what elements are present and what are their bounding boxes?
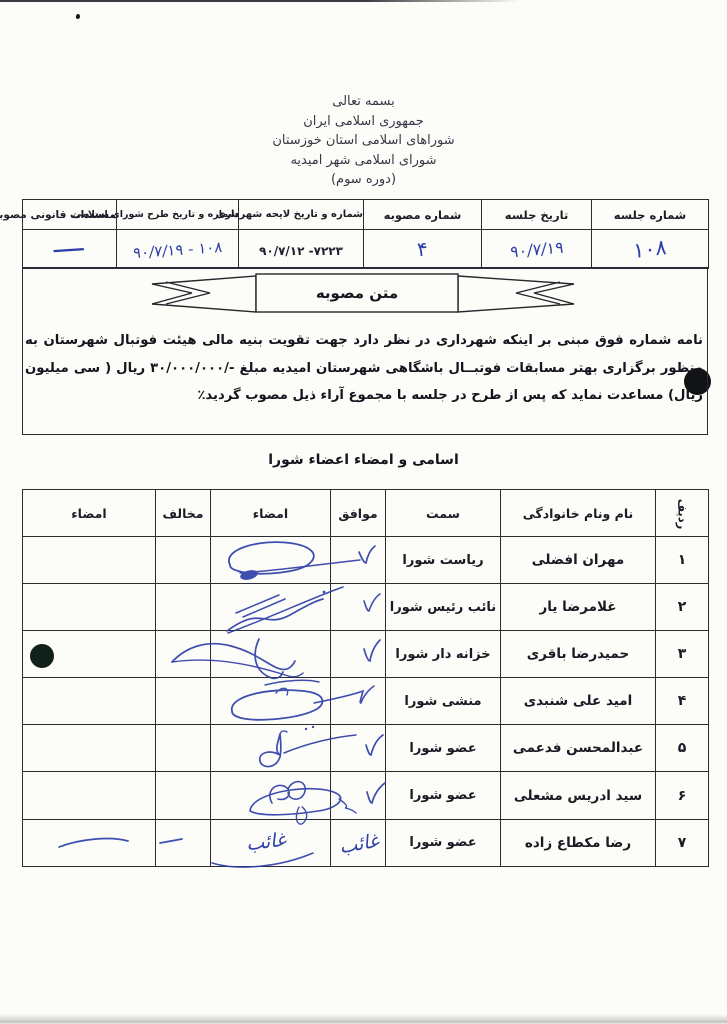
- meta-header-resolution-no: شماره مصوبه: [364, 200, 482, 230]
- members-header-signature: امضاء: [211, 490, 331, 537]
- member-row-3: ۳ حمیدرضا باقری خزانه دار شورا: [23, 631, 709, 678]
- member-name: غلامرضا یار: [501, 584, 656, 631]
- member-name: عبدالمحسن فدعمی: [501, 725, 656, 772]
- banner-title: متن مصوبه: [256, 276, 458, 310]
- signature2-cell: [23, 537, 156, 584]
- meta-value-session-date: ۹۰/۷/۱۹: [482, 230, 592, 269]
- signature-cell: [211, 631, 331, 678]
- row-no: ۴: [656, 678, 709, 725]
- meta-value-resolution-no: ۴: [364, 230, 482, 269]
- letterhead-province-councils: شوراهای اسلامی استان خوزستان: [0, 131, 727, 151]
- scanned-document-page: بسمه تعالی جمهوری اسلامی ایران شوراهای ا…: [0, 0, 727, 1024]
- member-position: منشی شورا: [386, 678, 501, 725]
- meta-header-council-plan-no-date: شماره و تاریخ طرح شورای اسلامی: [117, 200, 239, 230]
- meta-value-legal-refs: —: [23, 230, 117, 269]
- letterhead-city-council: شورای اسلامی شهر امیدیه: [0, 151, 727, 171]
- letterhead-term: (دوره سوم): [0, 170, 727, 190]
- members-header-signature-2: امضاء: [23, 490, 156, 537]
- signature-cell: [211, 584, 331, 631]
- signature2-cell: [23, 819, 156, 866]
- meta-header-legal-refs: مستندات قانونی مصوبه: [23, 200, 117, 230]
- members-header-row: ردیف نام ونام خانوادگی سمت موافق امضاء م…: [23, 490, 709, 537]
- member-row-6: ۶ سید ادریس مشعلی عضو شورا: [23, 772, 709, 819]
- meta-header-bill-no-date: شماره و تاریخ لایحه شهرداری: [239, 200, 364, 230]
- agree-cell: [331, 584, 386, 631]
- signature-cell: [211, 772, 331, 819]
- oppose-cell: [156, 725, 211, 772]
- members-section-title: اسامی و امضاء اعضاء شورا: [0, 452, 727, 468]
- signature2-cell: [23, 584, 156, 631]
- members-header-row-no: ردیف: [656, 490, 709, 537]
- signature2-cell: [23, 725, 156, 772]
- member-name: سید ادریس مشعلی: [501, 772, 656, 819]
- agree-cell: [331, 819, 386, 866]
- meta-value-bill-no-date: ۷۲۲۳- ۹۰/۷/۱۲: [239, 230, 364, 269]
- member-row-1: ۱ مهران افضلی ریاست شورا: [23, 537, 709, 584]
- signature-cell: [211, 725, 331, 772]
- oppose-cell: [156, 772, 211, 819]
- signature-cell: [211, 678, 331, 725]
- row-no: ۵: [656, 725, 709, 772]
- meta-header-session-date: تاریخ جلسه: [482, 200, 592, 230]
- resolution-meta-table: شماره جلسه تاریخ جلسه شماره مصوبه شماره …: [22, 199, 709, 269]
- agree-cell: [331, 725, 386, 772]
- signature2-cell: [23, 631, 156, 678]
- member-position: خزانه دار شورا: [386, 631, 501, 678]
- member-row-2: ۲ غلامرضا یار نائب رئیس شورا: [23, 584, 709, 631]
- resolution-text: نامه شماره فوق مبنی بر اینکه شهرداری در …: [25, 327, 703, 410]
- oppose-cell: [156, 819, 211, 866]
- row-no: ۷: [656, 819, 709, 866]
- members-header-agree: موافق: [331, 490, 386, 537]
- scan-bottom-edge: [0, 1014, 727, 1024]
- signature2-cell: [23, 678, 156, 725]
- ink-speck: [75, 13, 80, 19]
- member-row-5: ۵ عبدالمحسن فدعمی عضو شورا: [23, 725, 709, 772]
- member-name: مهران افضلی: [501, 537, 656, 584]
- oppose-cell: [156, 584, 211, 631]
- meta-value-row: ۱۰۸ ۹۰/۷/۱۹ ۴ ۷۲۲۳- ۹۰/۷/۱۲ ۱۰۸ - ۹۰/۷/۱…: [23, 230, 709, 269]
- member-row-4: ۴ امید علی شنبدی منشی شورا: [23, 678, 709, 725]
- member-name: حمیدرضا باقری: [501, 631, 656, 678]
- member-position: عضو شورا: [386, 772, 501, 819]
- letterhead-country: جمهوری اسلامی ایران: [0, 112, 727, 132]
- oppose-cell: [156, 631, 211, 678]
- oppose-cell: [156, 678, 211, 725]
- agree-cell: [331, 537, 386, 584]
- member-row-7: ۷ رضا مکطاع زاده عضو شورا: [23, 819, 709, 866]
- agree-cell: [331, 631, 386, 678]
- row-no: ۶: [656, 772, 709, 819]
- members-header-name: نام ونام خانوادگی: [501, 490, 656, 537]
- letterhead-bismillah: بسمه تعالی: [0, 92, 727, 112]
- agree-cell: [331, 678, 386, 725]
- member-position: عضو شورا: [386, 819, 501, 866]
- oppose-cell: [156, 537, 211, 584]
- member-position: ریاست شورا: [386, 537, 501, 584]
- row-no: ۲: [656, 584, 709, 631]
- members-header-position: سمت: [386, 490, 501, 537]
- meta-header-session-no: شماره جلسه: [592, 200, 709, 230]
- letterhead: بسمه تعالی جمهوری اسلامی ایران شوراهای ا…: [0, 92, 727, 190]
- meta-header-row: شماره جلسه تاریخ جلسه شماره مصوبه شماره …: [23, 200, 709, 230]
- agree-cell: [331, 772, 386, 819]
- members-signature-table: ردیف نام ونام خانوادگی سمت موافق امضاء م…: [22, 489, 709, 867]
- member-position: عضو شورا: [386, 725, 501, 772]
- member-name: امید علی شنبدی: [501, 678, 656, 725]
- member-position: نائب رئیس شورا: [386, 584, 501, 631]
- row-no: ۳: [656, 631, 709, 678]
- ribbon-right-wing: [458, 276, 574, 312]
- signature2-cell: [23, 772, 156, 819]
- member-name: رضا مکطاع زاده: [501, 819, 656, 866]
- meta-value-council-plan-no-date: ۱۰۸ - ۹۰/۷/۱۹: [117, 230, 239, 269]
- signature-cell: [211, 537, 331, 584]
- meta-value-session-no: ۱۰۸: [592, 230, 709, 269]
- signature-cell: [211, 819, 331, 866]
- row-no: ۱: [656, 537, 709, 584]
- scan-top-edge-line: [0, 0, 520, 2]
- members-header-oppose: مخالف: [156, 490, 211, 537]
